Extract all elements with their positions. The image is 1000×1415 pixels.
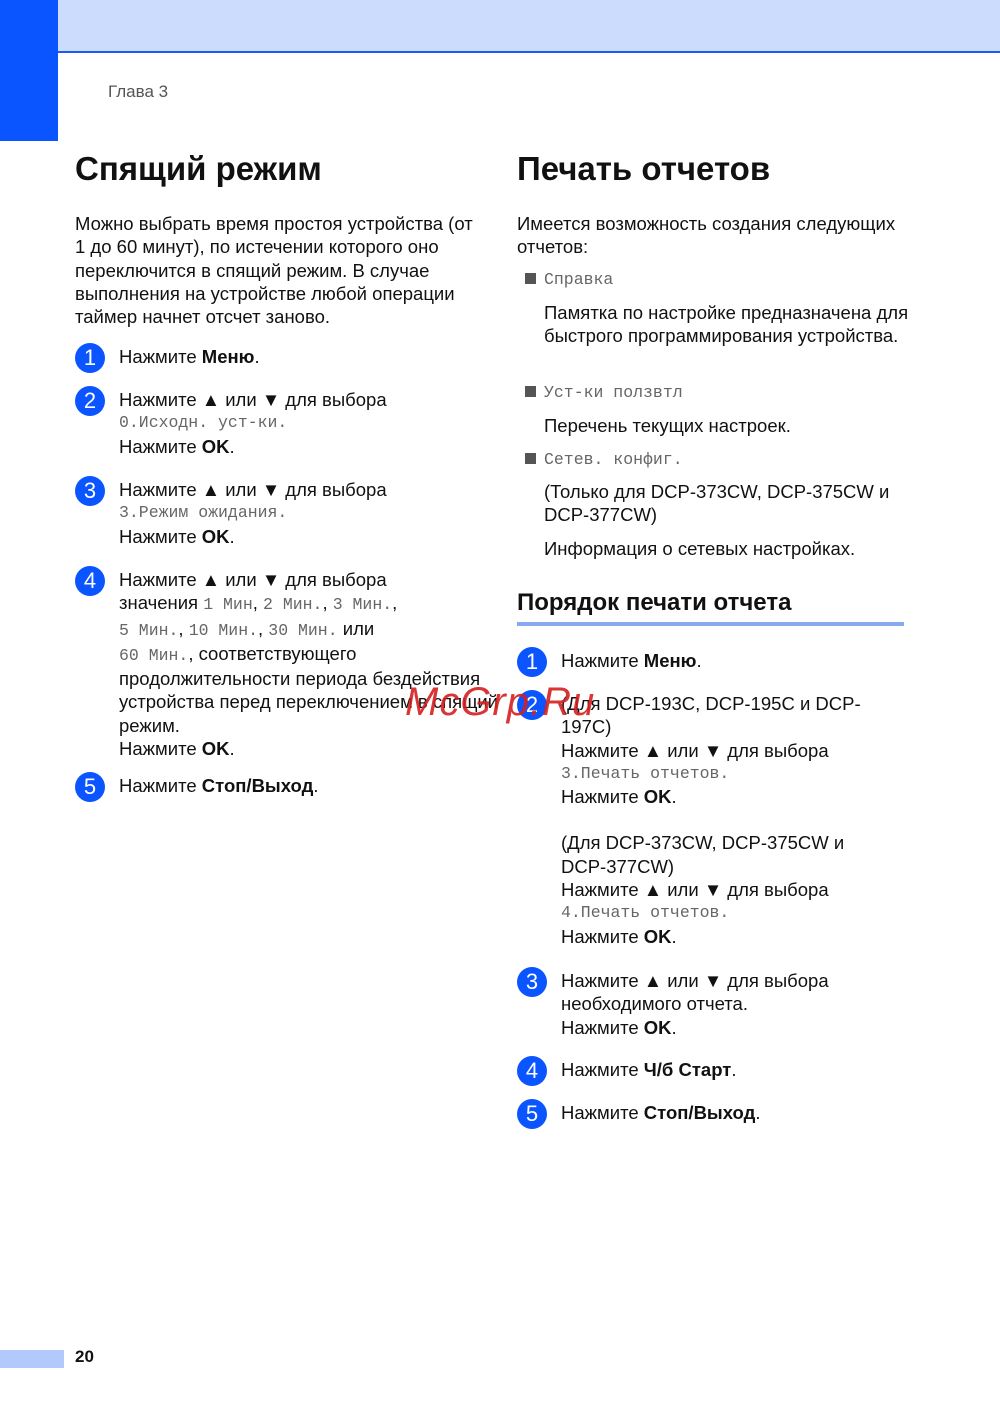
header-band	[0, 0, 1000, 53]
bullet-icon	[525, 453, 536, 464]
key-name: Ч/б Старт	[644, 1059, 732, 1080]
watermark: McGrp.Ru	[405, 680, 595, 725]
step-number: 5	[75, 772, 105, 802]
menu-option: 0.Исходн. уст-ки.	[119, 411, 499, 434]
step-number: 3	[517, 967, 547, 997]
step-number: 5	[517, 1099, 547, 1129]
report-desc: Информация о сетевых настройках.	[544, 537, 914, 560]
key-name: Меню	[644, 650, 697, 671]
bullet-icon	[525, 273, 536, 284]
subsection-rule	[517, 622, 904, 626]
report-desc: Памятка по настройке предназначена для б…	[544, 301, 914, 348]
chapter-label: Глава 3	[108, 82, 168, 102]
step-number: 4	[75, 566, 105, 596]
footer-bar	[0, 1350, 64, 1368]
step-number: 2	[75, 386, 105, 416]
intro-text: Имеется возможность создания следующих о…	[517, 212, 897, 259]
page-number: 20	[75, 1347, 94, 1367]
report-note: (Только для DCP-373CW, DCP-375CW и DCP-3…	[544, 480, 914, 527]
chapter-tab	[0, 0, 58, 141]
step-number: 4	[517, 1056, 547, 1086]
key-name: Стоп/Выход	[644, 1102, 756, 1123]
report-name: Справка	[544, 270, 613, 289]
menu-option: 3.Режим ожидания.	[119, 501, 499, 524]
key-name: Стоп/Выход	[202, 775, 314, 796]
intro-text: Можно выбрать время простоя устройства (…	[75, 212, 475, 328]
menu-option: 3.Печать отчетов.	[561, 762, 861, 785]
step-number: 1	[517, 647, 547, 677]
subsection-title: Порядок печати отчета	[517, 589, 791, 617]
key-name: Меню	[202, 346, 255, 367]
section-title: Печать отчетов	[517, 150, 770, 188]
report-name: Уст-ки ползвтл	[544, 383, 683, 402]
report-name: Сетев. конфиг.	[544, 450, 683, 469]
step-number: 1	[75, 343, 105, 373]
bullet-icon	[525, 386, 536, 397]
step-number: 3	[75, 476, 105, 506]
menu-option: 4.Печать отчетов.	[561, 901, 861, 924]
report-desc: Перечень текущих настроек.	[544, 414, 914, 437]
section-title: Спящий режим	[75, 150, 322, 188]
